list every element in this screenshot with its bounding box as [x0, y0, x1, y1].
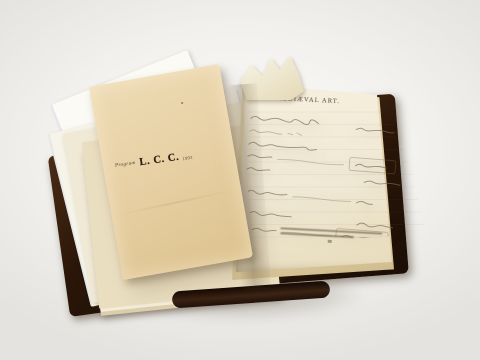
handwriting-rows [242, 115, 405, 246]
card-rule-lines [248, 112, 426, 237]
paper-speck [181, 102, 183, 104]
program-year-text: 1893 [182, 155, 193, 161]
program-title-text: L. C. C. [139, 152, 180, 168]
handwritten-note-card [240, 98, 428, 246]
program-prefix-text: Program [115, 161, 136, 169]
paper-crease [117, 189, 233, 215]
program-title-block: ProgramL. C. C.1893 [114, 140, 227, 173]
photo-open-book-scene: AND MEDIÆVAL ART. [0, 0, 480, 360]
handwriting-squiggles [240, 98, 428, 246]
